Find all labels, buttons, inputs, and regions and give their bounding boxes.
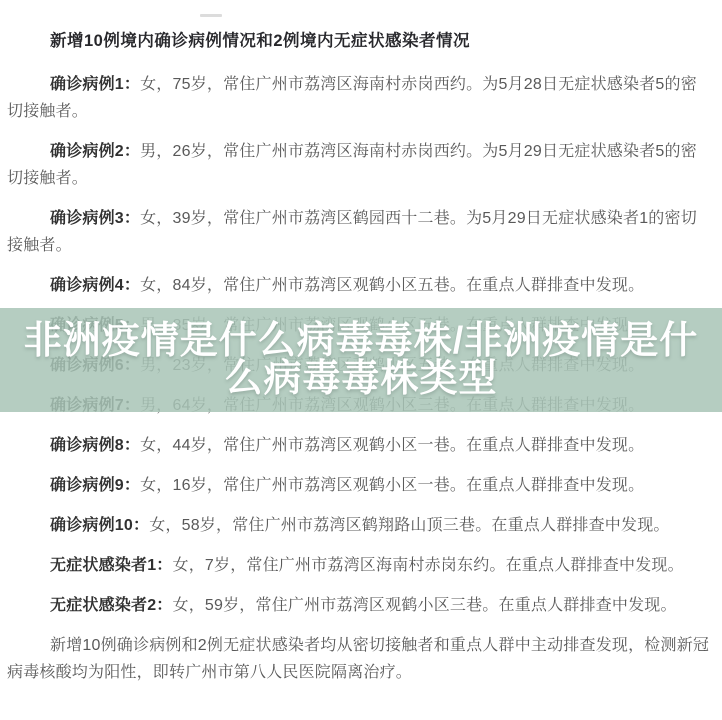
- case-paragraph-1: 确诊病例1：女，75岁，常住广州市荔湾区海南村赤岗西约。为5月28日无症状感染者…: [7, 71, 710, 125]
- case-label-3: 确诊病例3：: [50, 210, 140, 227]
- asymptomatic-label-2: 无症状感染者2：: [50, 597, 173, 614]
- case-label-9: 确诊病例9：: [50, 477, 140, 494]
- asymptomatic-paragraph-1: 无症状感染者1：女，7岁，常住广州市荔湾区海南村赤岗东约。在重点人群排查中发现。: [7, 552, 710, 579]
- case-text-9: 女，16岁，常住广州市荔湾区观鹤小区一巷。在重点人群排查中发现。: [140, 477, 644, 494]
- case-text-8: 女，44岁，常住广州市荔湾区观鹤小区一巷。在重点人群排查中发现。: [140, 437, 644, 454]
- watermark-band: 非洲疫情是什么病毒毒株/非洲疫情是什 么病毒毒株类型: [0, 308, 722, 412]
- summary-text: 新增10例确诊病例和2例无症状感染者均从密切接触者和重点人群中主动排查发现，检测…: [7, 637, 709, 681]
- asymptomatic-label-1: 无症状感染者1：: [50, 557, 173, 574]
- asymptomatic-text-1: 女，7岁，常住广州市荔湾区海南村赤岗东约。在重点人群排查中发现。: [173, 557, 684, 574]
- article-page: 新增10例境内确诊病例情况和2例境内无症状感染者情况 确诊病例1：女，75岁，常…: [0, 0, 722, 720]
- case-paragraph-2: 确诊病例2：男，26岁，常住广州市荔湾区海南村赤岗西约。为5月29日无症状感染者…: [7, 138, 710, 192]
- case-label-4: 确诊病例4：: [50, 277, 140, 294]
- watermark-title-line2: 么病毒毒株类型: [224, 360, 497, 398]
- case-paragraph-4: 确诊病例4：女，84岁，常住广州市荔湾区观鹤小区五巷。在重点人群排查中发现。: [7, 272, 710, 299]
- asymptomatic-paragraph-2: 无症状感染者2：女，59岁，常住广州市荔湾区观鹤小区三巷。在重点人群排查中发现。: [7, 592, 710, 619]
- case-text-4: 女，84岁，常住广州市荔湾区观鹤小区五巷。在重点人群排查中发现。: [140, 277, 644, 294]
- summary-paragraph: 新增10例确诊病例和2例无症状感染者均从密切接触者和重点人群中主动排查发现，检测…: [7, 632, 710, 686]
- watermark-title-line1: 非洲疫情是什么病毒毒株/非洲疫情是什: [24, 322, 699, 360]
- case-label-10: 确诊病例10：: [50, 517, 149, 534]
- asymptomatic-text-2: 女，59岁，常住广州市荔湾区观鹤小区三巷。在重点人群排查中发现。: [173, 597, 677, 614]
- case-paragraph-3: 确诊病例3：女，39岁，常住广州市荔湾区鹤园西十二巷。为5月29日无症状感染者1…: [7, 205, 710, 259]
- case-paragraph-8: 确诊病例8：女，44岁，常住广州市荔湾区观鹤小区一巷。在重点人群排查中发现。: [7, 432, 710, 459]
- case-paragraph-10: 确诊病例10：女，58岁，常住广州市荔湾区鹤翔路山顶三巷。在重点人群排查中发现。: [7, 512, 710, 539]
- case-paragraph-9: 确诊病例9：女，16岁，常住广州市荔湾区观鹤小区一巷。在重点人群排查中发现。: [7, 472, 710, 499]
- case-label-8: 确诊病例8：: [50, 437, 140, 454]
- case-label-2: 确诊病例2：: [50, 143, 140, 160]
- case-text-10: 女，58岁，常住广州市荔湾区鹤翔路山顶三巷。在重点人群排查中发现。: [149, 517, 669, 534]
- case-label-1: 确诊病例1：: [50, 76, 140, 93]
- article-title: 新增10例境内确诊病例情况和2例境内无症状感染者情况: [7, 28, 710, 55]
